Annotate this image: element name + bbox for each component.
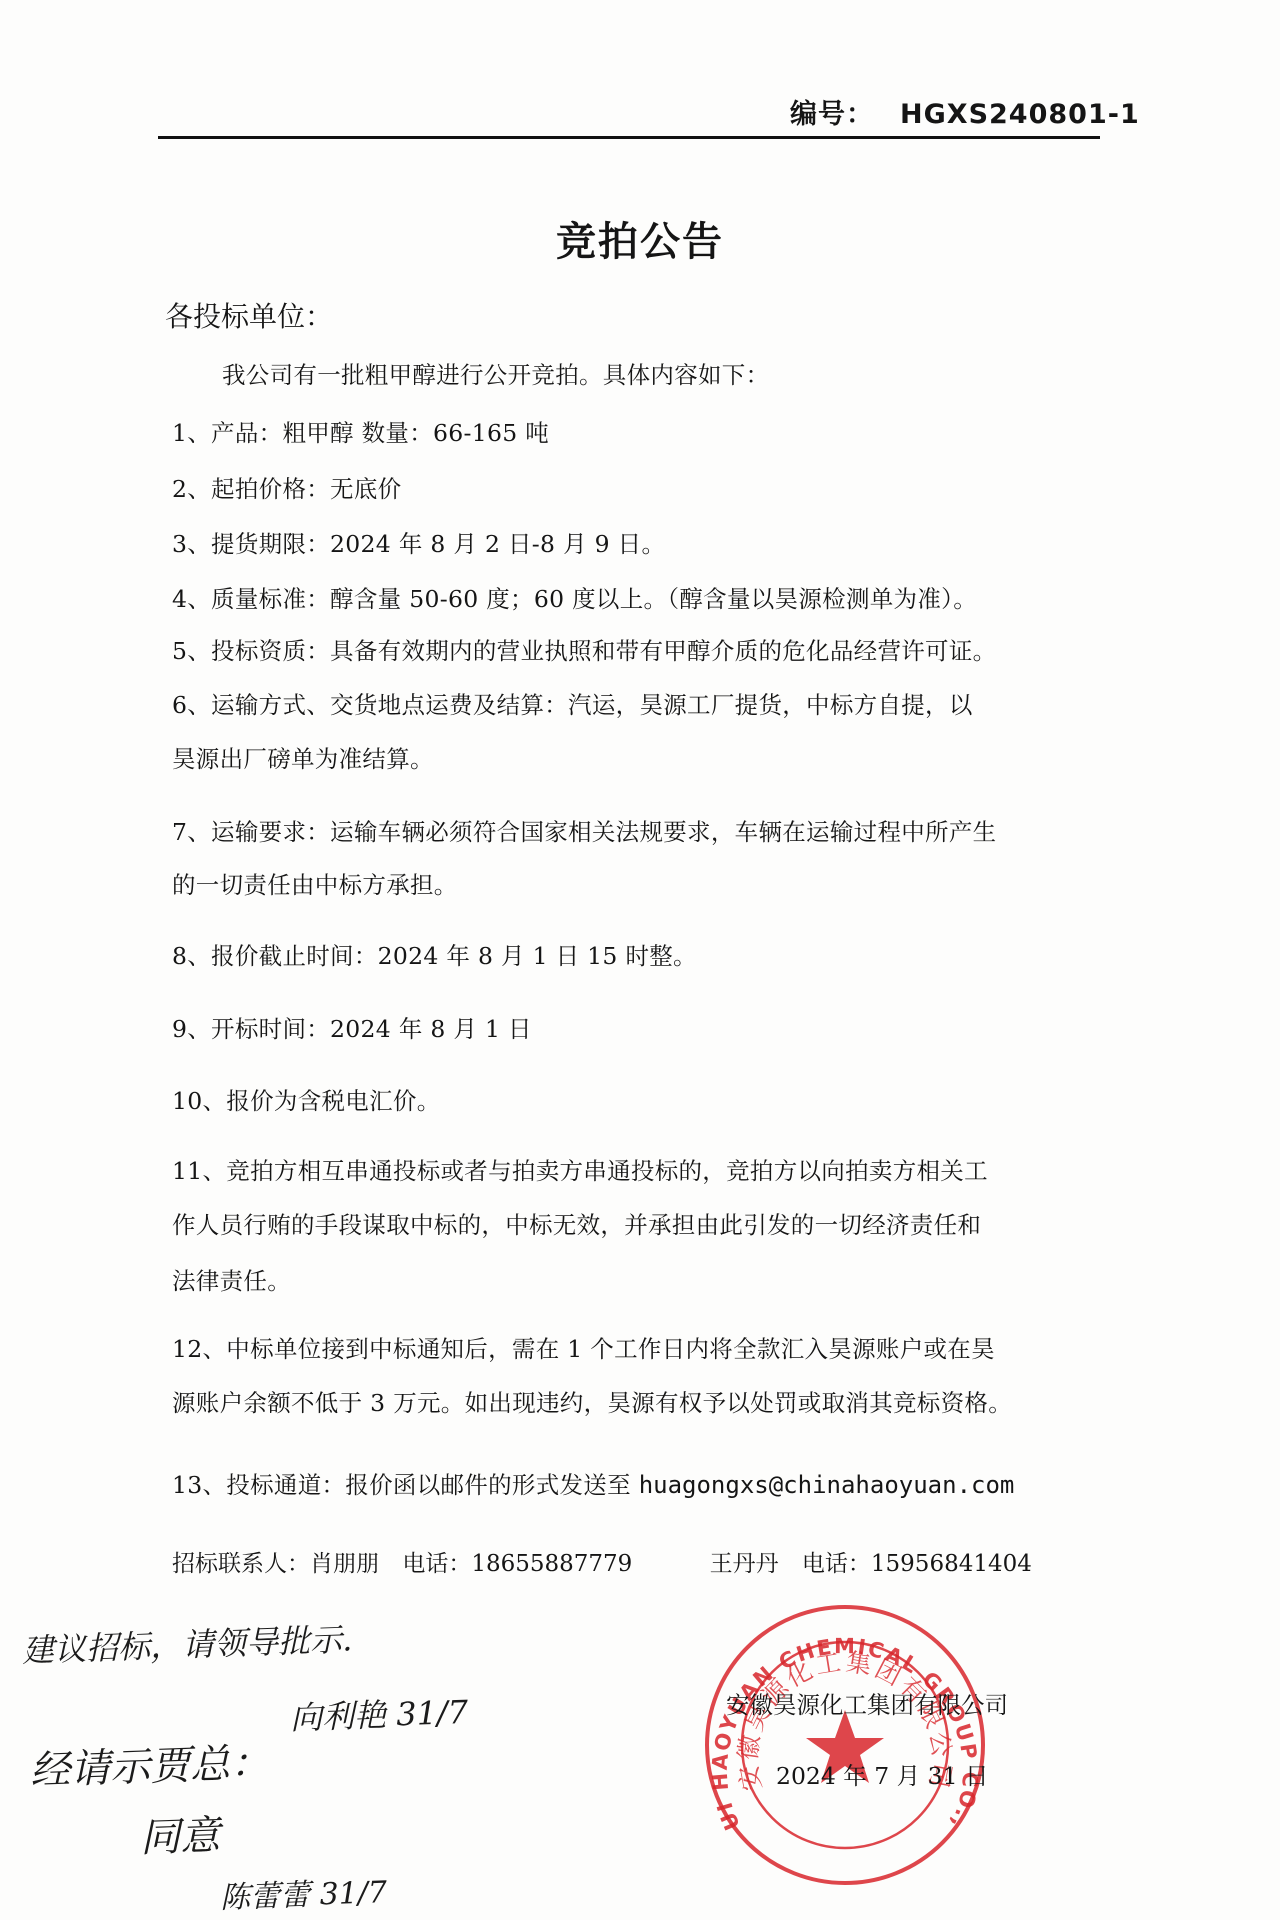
item-1: 1、产品：粗甲醇 数量：66-165 吨: [172, 414, 549, 448]
item-13-text: 13、投标通道：报价函以邮件的形式发送至: [172, 1471, 639, 1499]
signature-date: 2024 年 7 月 31 日: [776, 1757, 989, 1791]
item-13: 13、投标通道：报价函以邮件的形式发送至 huagongxs@chinahaoy…: [172, 1466, 1014, 1500]
document-number: 编号：HGXS240801-1: [790, 92, 1140, 131]
document-title: 竞拍公告: [0, 210, 1280, 267]
handwritten-signature-2: 陈蕾蕾 31/7: [219, 1867, 387, 1917]
item-10: 10、报价为含税电汇价。: [172, 1082, 441, 1116]
contact-label: 招标联系人：: [172, 1551, 310, 1577]
signature-company-name: 安徽昊源化工集团有限公司: [726, 1686, 1008, 1720]
item-12-line-2: 源账户余额不低于 3 万元。如出现违约，昊源有权予以处罚或取消其竞标资格。: [172, 1384, 1012, 1418]
item-11-line-3: 法律责任。: [172, 1262, 291, 1296]
item-12-line-1: 12、中标单位接到中标通知后，需在 1 个工作日内将全款汇入昊源账户或在昊: [172, 1330, 995, 1364]
intro-paragraph: 我公司有一批粗甲醇进行公开竞拍。具体内容如下：: [222, 356, 769, 390]
handwritten-note-recommend: 建议招标，请领导批示.: [21, 1614, 353, 1671]
item-2: 2、起拍价格：无底价: [172, 470, 401, 504]
item-9: 9、开标时间：2024 年 8 月 1 日: [172, 1010, 532, 1044]
item-11-line-2: 作人员行贿的手段谋取中标的，中标无效，并承担由此引发的一切经济责任和: [172, 1206, 981, 1240]
email-address[interactable]: huagongxs@chinahaoyuan.com: [639, 1471, 1015, 1499]
handwritten-note-approval: 经请示贾总：: [29, 1731, 271, 1796]
item-8: 8、报价截止时间：2024 年 8 月 1 日 15 时整。: [172, 937, 697, 971]
contact-person-1: 肖朋朋: [310, 1551, 379, 1577]
item-6-line-2: 昊源出厂磅单为准结算。: [172, 740, 434, 774]
document-number-value: HGXS240801-1: [900, 99, 1140, 130]
document-number-label: 编号：: [790, 99, 874, 130]
item-6-line-1: 6、运输方式、交货地点运费及结算：汽运，昊源工厂提货，中标方自提，以: [172, 686, 973, 720]
contact-line: 招标联系人：肖朋朋 电话：18655887779 王丹丹 电话：15956841…: [172, 1545, 1032, 1578]
item-5: 5、投标资质：具备有效期内的营业执照和带有甲醇介质的危化品经营许可证。: [172, 632, 996, 666]
phone-label-2: 电话：: [802, 1551, 871, 1577]
header-divider: [158, 136, 1100, 139]
item-3: 3、提货期限：2024 年 8 月 2 日-8 月 9 日。: [172, 525, 665, 559]
handwritten-note-agree: 同意: [139, 1804, 221, 1864]
phone-number-2: 15956841404: [871, 1551, 1032, 1577]
phone-label-1: 电话：: [402, 1551, 471, 1577]
company-seal-stamp-icon: ANHUI HAOYUAN CHEMICAL GROUP CO.,LTD. 安徽…: [700, 1600, 990, 1890]
contact-person-2: 王丹丹: [710, 1551, 779, 1577]
salutation: 各投标单位：: [165, 295, 333, 335]
item-7-line-1: 7、运输要求：运输车辆必须符合国家相关法规要求，车辆在运输过程中所产生: [172, 813, 996, 847]
item-11-line-1: 11、竞拍方相互串通投标或者与拍卖方串通投标的，竞拍方以向拍卖方相关工: [172, 1152, 988, 1186]
handwritten-signature-1: 向利艳 31/7: [289, 1687, 469, 1739]
item-7-line-2: 的一切责任由中标方承担。: [172, 866, 458, 900]
phone-number-1: 18655887779: [471, 1551, 632, 1577]
item-4: 4、质量标准：醇含量 50-60 度；60 度以上。（醇含量以昊源检测单为准）。: [172, 580, 977, 614]
